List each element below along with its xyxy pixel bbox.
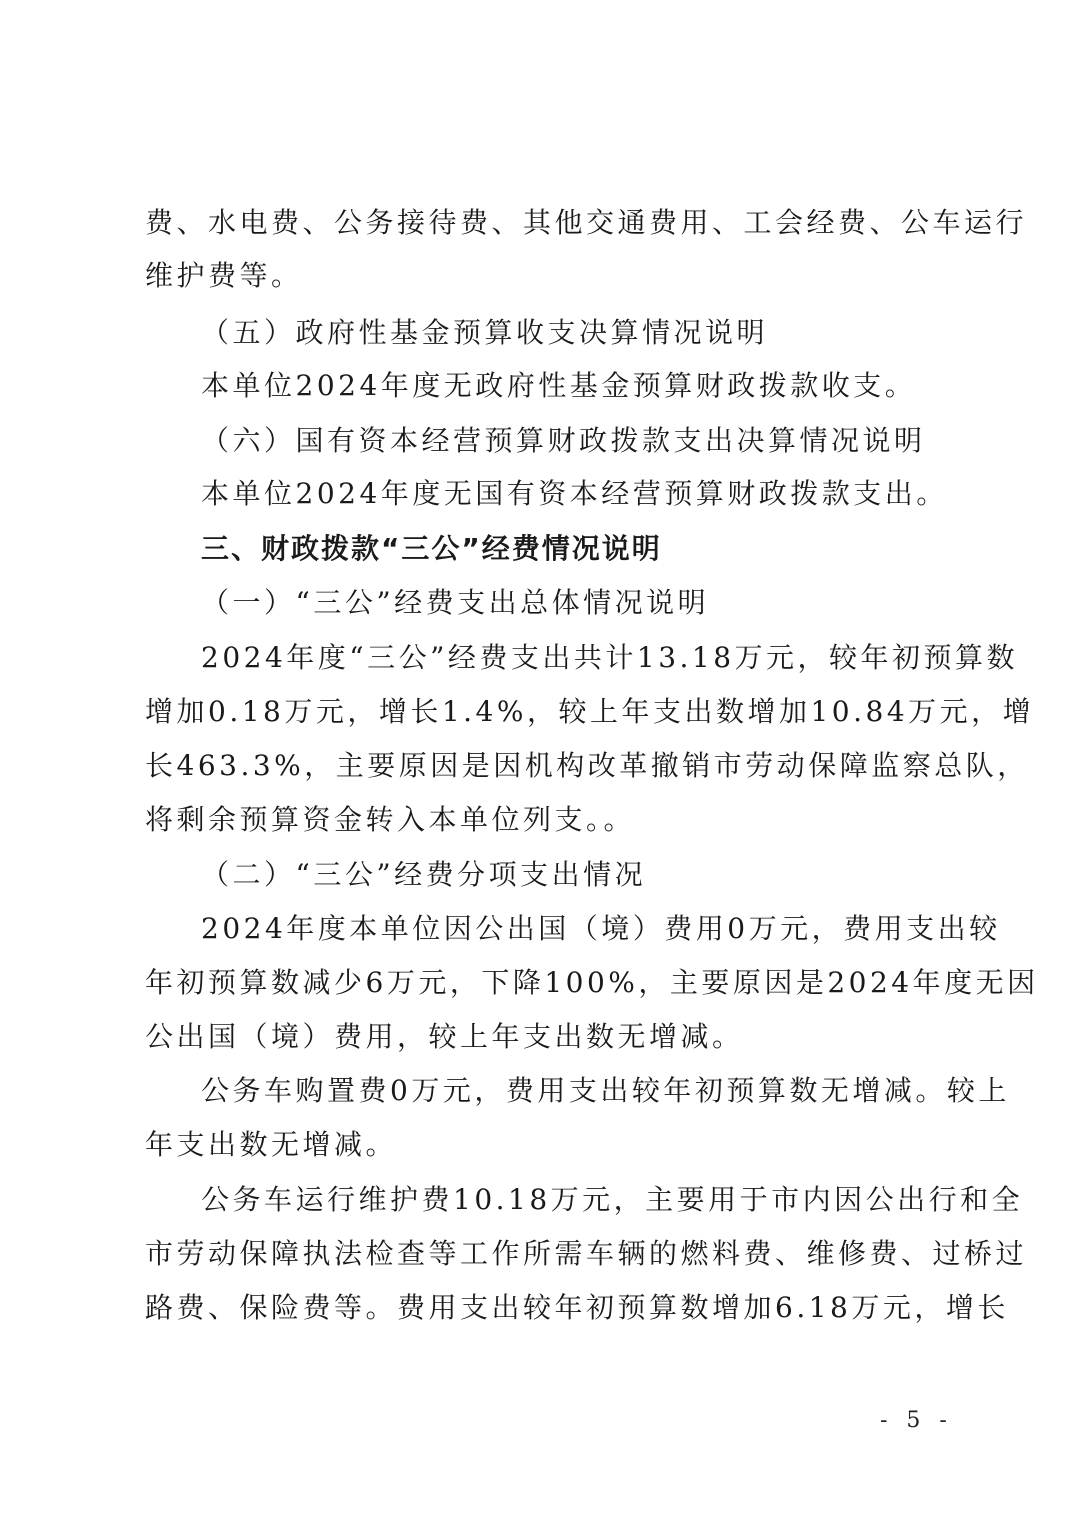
text-line: 市劳动保障执法检查等工作所需车辆的燃料费、维修费、过桥过 [145,1234,945,1274]
section-heading: 三、财政拨款“三公”经费情况说明 [201,529,1001,569]
text-line: 长463.3%，主要原因是因机构改革撤销市劳动保障监察总队， [145,746,945,786]
text-line: 将剩余预算资金转入本单位列支。。 [145,800,945,840]
text-line: 本单位2024年度无政府性基金预算财政拨款收支。 [201,366,1001,406]
text-line: 公务车购置费0万元，费用支出较年初预算数无增减。较上 [201,1071,1001,1111]
text-line: （五）政府性基金预算收支决算情况说明 [201,313,1001,353]
text-line: 公务车运行维护费10.18万元，主要用于市内因公出行和全 [201,1180,1001,1220]
text-line: 年支出数无增减。 [145,1125,945,1165]
text-line: 2024年度本单位因公出国（境）费用0万元，费用支出较 [201,909,1001,949]
text-line: 2024年度“三公”经费支出共计13.18万元，较年初预算数 [201,638,1001,678]
text-line: （一）“三公”经费支出总体情况说明 [201,583,1001,623]
text-line: 维护费等。 [145,256,945,296]
text-line: 增加0.18万元，增长1.4%，较上年支出数增加10.84万元，增 [145,692,945,732]
document-page: 费、水电费、公务接待费、其他交通费用、工会经费、公车运行维护费等。（五）政府性基… [0,0,1075,1520]
text-line: （六）国有资本经营预算财政拨款支出决算情况说明 [201,421,1001,461]
text-line: 路费、保险费等。费用支出较年初预算数增加6.18万元，增长 [145,1288,945,1328]
text-line: 本单位2024年度无国有资本经营预算财政拨款支出。 [201,474,1001,514]
text-line: 公出国（境）费用，较上年支出数无增减。 [145,1017,945,1057]
page-number: - 5 - [880,1408,953,1433]
text-line: 年初预算数减少6万元，下降100%，主要原因是2024年度无因 [145,963,945,1003]
text-line: （二）“三公”经费分项支出情况 [201,855,1001,895]
text-line: 费、水电费、公务接待费、其他交通费用、工会经费、公车运行 [145,203,945,243]
